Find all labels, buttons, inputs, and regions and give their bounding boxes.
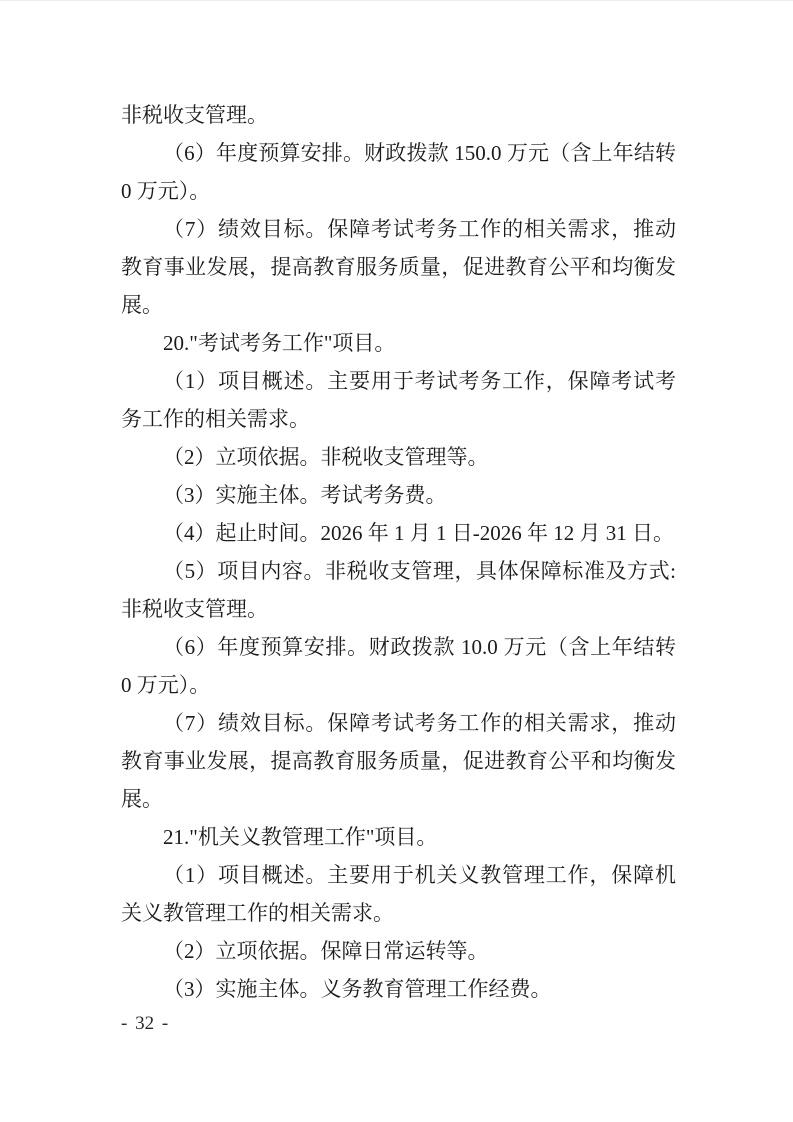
document-line: 0 万元）。 xyxy=(121,666,676,704)
document-line: 展。 xyxy=(121,286,676,324)
document-line: （7）绩效目标。保障考试考务工作的相关需求，推动 xyxy=(121,704,676,742)
document-line: （3）实施主体。义务教育管理工作经费。 xyxy=(121,970,676,1008)
document-line: 教育事业发展，提高教育服务质量，促进教育公平和均衡发 xyxy=(121,248,676,286)
document-line: 21."机关义教管理工作"项目。 xyxy=(121,818,676,856)
document-line: （7）绩效目标。保障考试考务工作的相关需求，推动 xyxy=(121,210,676,248)
page-number: - 32 - xyxy=(121,1011,168,1037)
document-line: 0 万元）。 xyxy=(121,172,676,210)
document-line: 展。 xyxy=(121,780,676,818)
document-line: （6）年度预算安排。财政拨款 150.0 万元（含上年结转 xyxy=(121,134,676,172)
document-line: 非税收支管理。 xyxy=(121,590,676,628)
document-line: （6）年度预算安排。财政拨款 10.0 万元（含上年结转 xyxy=(121,628,676,666)
document-line: 教育事业发展，提高教育服务质量，促进教育公平和均衡发 xyxy=(121,742,676,780)
document-line: （5）项目内容。非税收支管理，具体保障标准及方式: xyxy=(121,552,676,590)
document-line: 务工作的相关需求。 xyxy=(121,400,676,438)
document-line: （1）项目概述。主要用于机关义教管理工作，保障机 xyxy=(121,856,676,894)
document-line: （2）立项依据。保障日常运转等。 xyxy=(121,932,676,970)
document-line: （1）项目概述。主要用于考试考务工作，保障考试考 xyxy=(121,362,676,400)
document-line: 20."考试考务工作"项目。 xyxy=(121,324,676,362)
document-line: （2）立项依据。非税收支管理等。 xyxy=(121,438,676,476)
document-line: 关义教管理工作的相关需求。 xyxy=(121,894,676,932)
document-page: 非税收支管理。（6）年度预算安排。财政拨款 150.0 万元（含上年结转0 万元… xyxy=(0,0,793,1122)
document-line: 非税收支管理。 xyxy=(121,96,676,134)
document-body: 非税收支管理。（6）年度预算安排。财政拨款 150.0 万元（含上年结转0 万元… xyxy=(121,96,676,1008)
document-line: （4）起止时间。2026 年 1 月 1 日-2026 年 12 月 31 日。 xyxy=(121,514,676,552)
document-line: （3）实施主体。考试考务费。 xyxy=(121,476,676,514)
